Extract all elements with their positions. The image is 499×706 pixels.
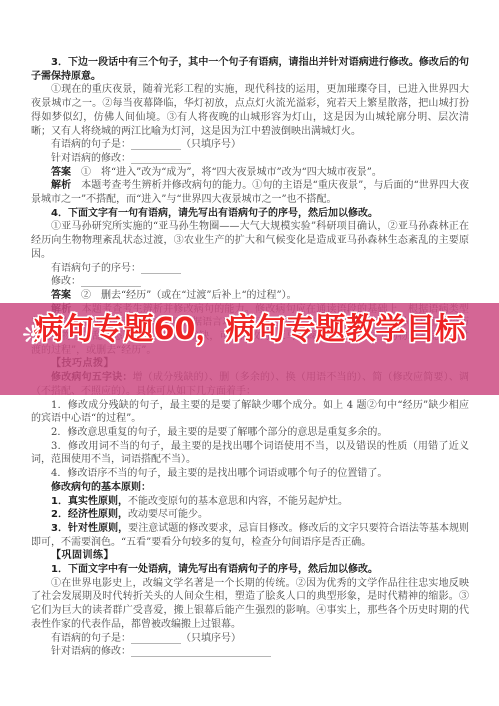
tips-item-3: 3．修改用词不当的句子，最主要的是找出哪个词语使用不当，以及错误的性质（用错了近… xyxy=(31,440,469,467)
question-4-answer: 答案 ② 删去“经历”（或在“过渡”后补上“的过程”）。 xyxy=(31,289,469,303)
question-4-passage: ①亚马孙研究所实施的“亚马孙生物圈——大气大规模实验”科研项目确认，②亚马孙森林… xyxy=(31,220,469,261)
question-4-blank-1: 有语病句子的序号：________ xyxy=(31,262,469,276)
question-3-answer: 答案 ① 将“进入”改为“成为”，将“四大夜景城市”改为“四大城市夜景”。 xyxy=(31,166,469,180)
question-4-stem: 4．下面文字有一句有语病，请先写出有语病句子的序号，然后加以修改。 xyxy=(31,207,469,221)
section-header-training: 【巩固训练】 xyxy=(31,549,469,563)
principle-2: 2．经济性原则，改动要尽可能少。 xyxy=(31,508,469,522)
watermark-text: 病句专题60，病句专题教学目标 xyxy=(34,313,466,347)
question-3-stem: 3．下边一段话中有三个句子，其中一个句子有语病，请指出并针对语病进行修改。修改后… xyxy=(31,56,469,83)
worksheet-page: 3．下边一段话中有三个句子，其中一个句子有语病，请指出并针对语病进行修改。修改后… xyxy=(0,0,499,706)
training-1-blank-1: 有语病的句子是：__________（只填序号） xyxy=(31,632,469,646)
training-1-blank-2: 针对语病的修改：____________________________ xyxy=(31,645,469,659)
principle-3: 3．针对性原则，要注意试题的修改要求，忌盲目修改。修改后的文字只要符合语法等基本… xyxy=(31,522,469,549)
tips-item-2: 2．修改意思重复的句子，最主要的是要了解哪个部分的意思是重复多余的。 xyxy=(31,426,469,440)
question-3-passage: ①现在的重庆夜景，随着光彩工程的实施，现代科技的运用，更加璀璨夺目，已进入世界四… xyxy=(31,83,469,138)
question-4-blank-2: 修改：____________ xyxy=(31,275,469,289)
tips-item-1: 1．修改成分残缺的句子，最主要的是要了解缺少哪个成分。如上 4 题②句中“经历”… xyxy=(31,399,469,426)
tips-item-4: 4．修改语序不当的句子，最主要的是找出哪个词语或哪个句子的位置错了。 xyxy=(31,467,469,481)
question-3-blank-1: 有语病的句子是：__________（只填序号） xyxy=(31,138,469,152)
flower-icon: ❊ xyxy=(22,323,44,349)
watermark-band: ❊ 病句专题60，病句专题教学目标 xyxy=(0,303,499,395)
training-1-passage: ①在世界电影史上，改编文学名著是一个长期的传统。②因为优秀的文学作品往往忠实地反… xyxy=(31,577,469,632)
principles-header: 修改病句的基本原则： xyxy=(31,481,469,495)
training-1-stem: 1．下面文字中有一处语病，请先写出有语病句子的序号，然后加以修改。 xyxy=(31,563,469,577)
question-3-analysis: 解析 本题考查考生辨析并修改病句的能力。①句的主语是“重庆夜景”，与后面的“世界… xyxy=(31,179,469,206)
question-3-blank-2: 针对语病的修改：____________ xyxy=(31,152,469,166)
principle-1: 1．真实性原则，不能改变原句的基本意思和内容，不能另起炉灶。 xyxy=(31,495,469,509)
